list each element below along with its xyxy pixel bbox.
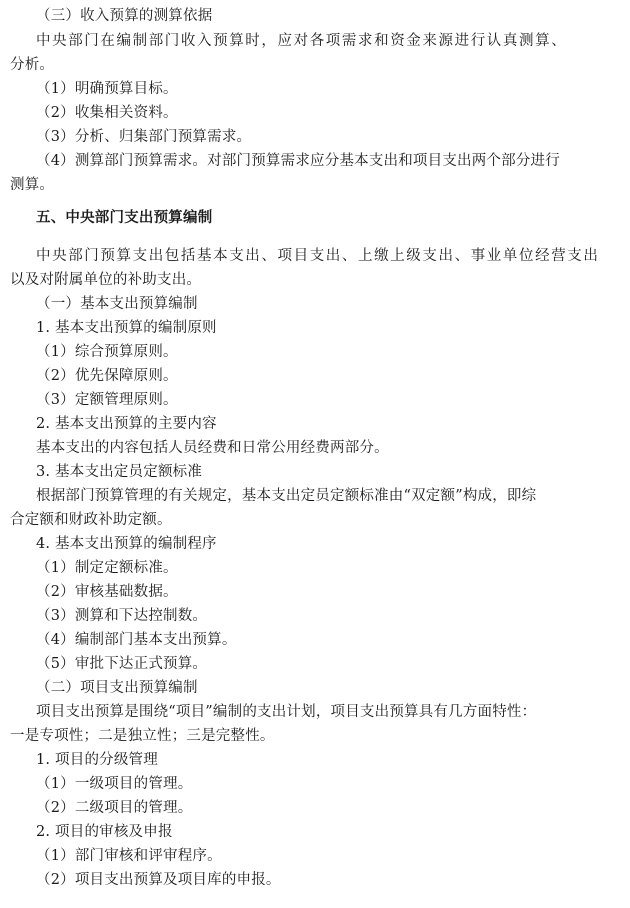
- paragraph-line: 测算。: [10, 173, 622, 197]
- paragraph-line: 以及对附属单位的补助支出。: [10, 268, 622, 292]
- list-item: （1）综合预算原则。: [36, 340, 622, 364]
- list-item: （1）明确预算目标。: [36, 77, 622, 101]
- paragraph-line: 一是专项性；二是独立性；三是完整性。: [10, 724, 622, 748]
- list-item: （1）制定定额标准。: [36, 556, 622, 580]
- list-item: （2）二级项目的管理。: [36, 796, 622, 820]
- subsection-heading-project-expenditure: （二）项目支出预算编制: [36, 676, 622, 700]
- paragraph-line: 基本支出的内容包括人员经费和日常公用经费两部分。: [36, 436, 622, 460]
- numbered-heading: 3. 基本支出定员定额标准: [36, 460, 622, 484]
- numbered-heading: 2. 基本支出预算的主要内容: [36, 412, 622, 436]
- subsection-heading-basic-expenditure: （一）基本支出预算编制: [36, 292, 622, 316]
- numbered-heading: 4. 基本支出预算的编制程序: [36, 532, 622, 556]
- paragraph-line: 合定额和财政补助定额。: [10, 508, 622, 532]
- list-item: （3）测算和下达控制数。: [36, 604, 622, 628]
- list-item: （2）优先保障原则。: [36, 364, 622, 388]
- paragraph-line: 中央部门预算支出包括基本支出、项目支出、上缴上级支出、事业单位经营支出: [36, 244, 622, 268]
- list-item: （1）部门审核和评审程序。: [36, 844, 622, 868]
- paragraph-line: 根据部门预算管理的有关规定，基本支出定员定额标准由“双定额”构成，即综: [36, 484, 622, 508]
- list-item: （2）项目支出预算及项目库的申报。: [36, 868, 622, 892]
- list-item: （4）编制部门基本支出预算。: [36, 628, 622, 652]
- numbered-heading: 1. 项目的分级管理: [36, 748, 622, 772]
- subsection-heading-income-basis: （三）收入预算的测算依据: [36, 4, 622, 28]
- list-item: （3）分析、归集部门预算需求。: [36, 125, 622, 149]
- numbered-heading: 1. 基本支出预算的编制原则: [36, 316, 622, 340]
- list-item: （3）定额管理原则。: [36, 388, 622, 412]
- section-heading-expenditure-budget: 五、中央部门支出预算编制: [36, 206, 622, 230]
- list-item: （4）测算部门预算需求。对部门预算需求应分基本支出和项目支出两个部分进行: [36, 149, 622, 173]
- numbered-heading: 2. 项目的审核及申报: [36, 820, 622, 844]
- list-item: （2）收集相关资料。: [36, 101, 622, 125]
- list-item: （2）审核基础数据。: [36, 580, 622, 604]
- paragraph-line: 中央部门在编制部门收入预算时，应对各项需求和资金来源进行认真测算、: [36, 29, 622, 53]
- paragraph-line: 项目支出预算是围绕“项目”编制的支出计划，项目支出预算具有几方面特性：: [36, 700, 622, 724]
- paragraph-line: 分析。: [10, 53, 622, 77]
- list-item: （5）审批下达正式预算。: [36, 652, 622, 676]
- list-item: （1）一级项目的管理。: [36, 772, 622, 796]
